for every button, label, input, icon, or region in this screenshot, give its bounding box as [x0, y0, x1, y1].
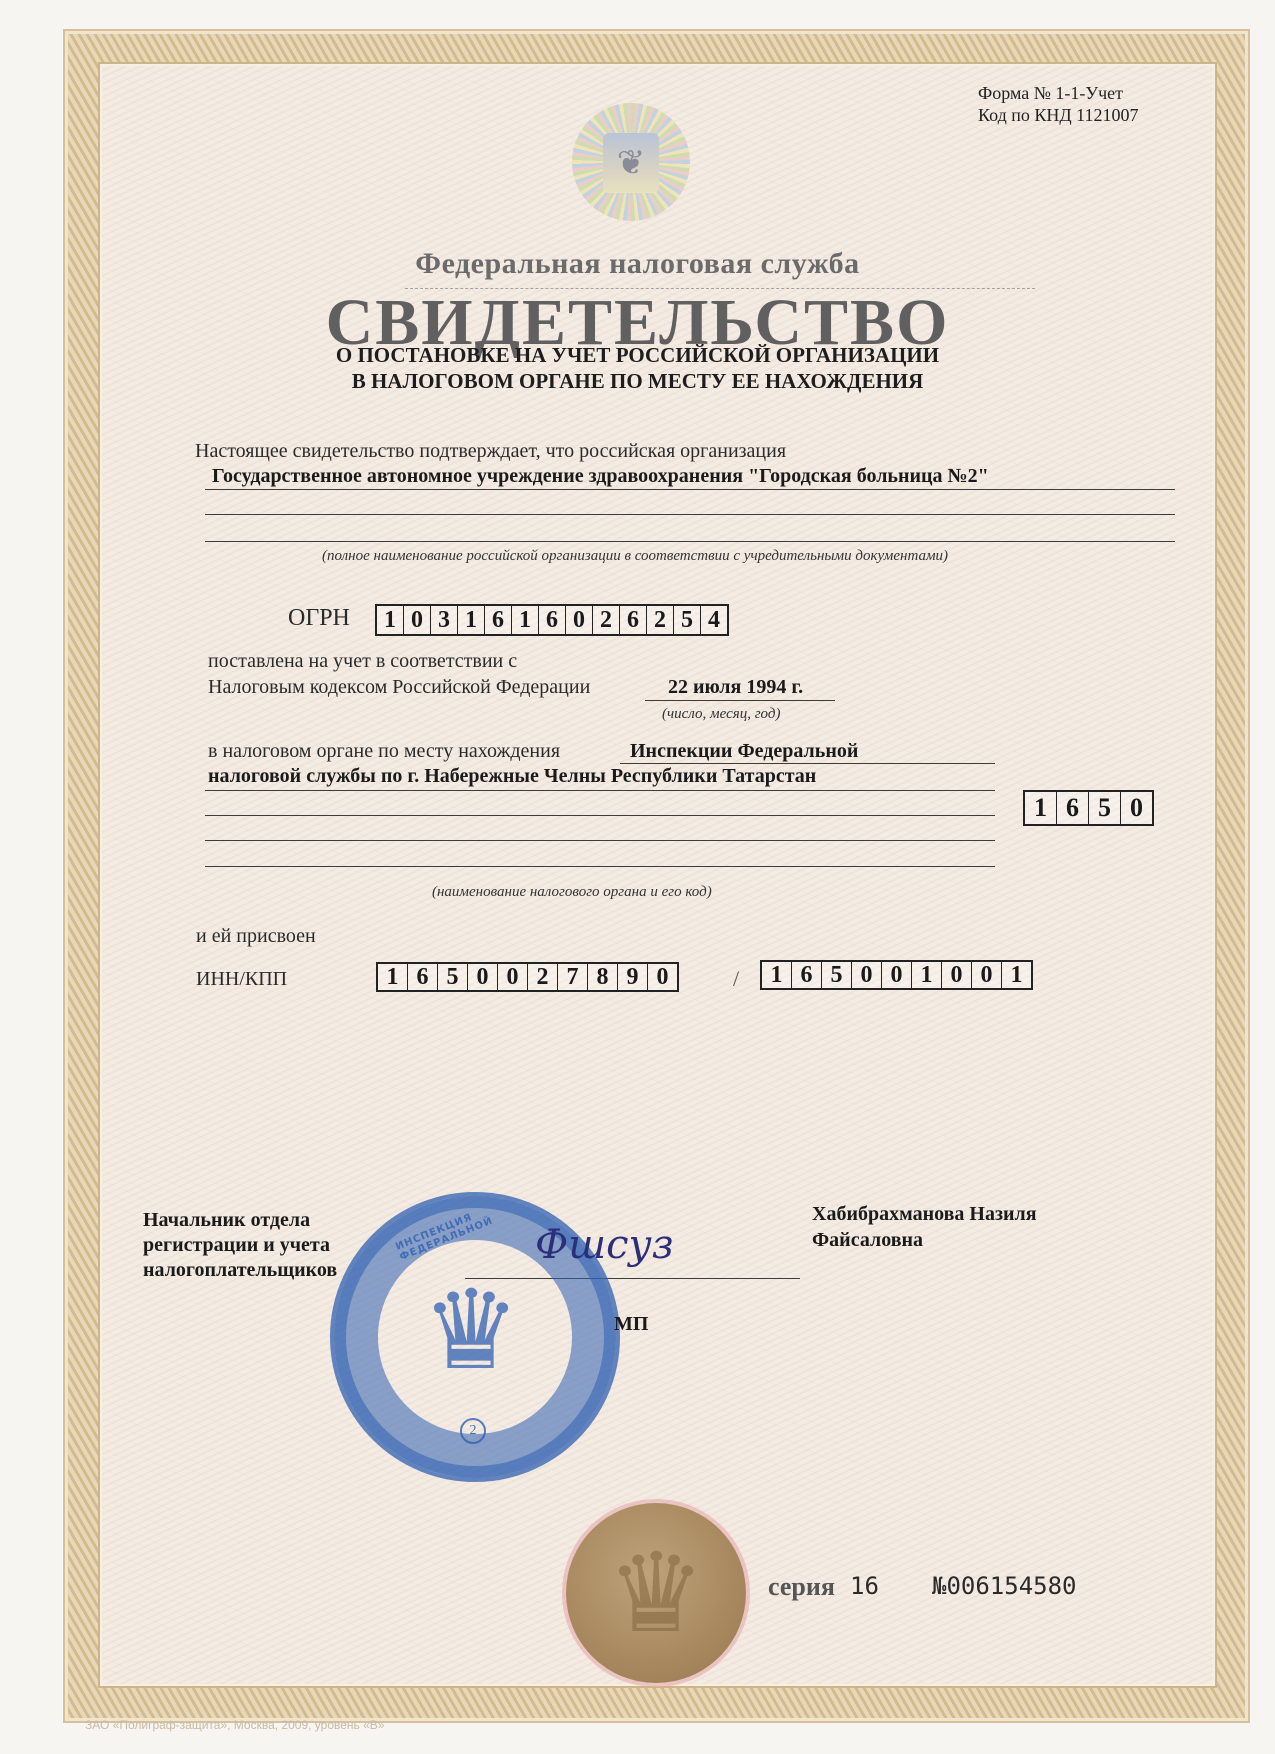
code-digit: 5 — [1089, 792, 1121, 824]
registration-line-2: Налоговым кодексом Российской Федерации — [208, 676, 590, 699]
position-line-3: налогоплательщиков — [143, 1258, 337, 1283]
inn-digit: 7 — [558, 964, 588, 990]
inn-digit: 0 — [468, 964, 498, 990]
kpp-digit: 1 — [912, 962, 942, 988]
kpp-digit: 6 — [792, 962, 822, 988]
tax-authority-name-1: Инспекции Федеральной — [630, 740, 858, 763]
tax-authority-code: 1 6 5 0 — [1023, 790, 1154, 826]
subtitle-line-2: В НАЛОГОВОМ ОРГАНЕ ПО МЕСТУ ЕЕ НАХОЖДЕНИ… — [0, 368, 1275, 394]
organization-intro: Настоящее свидетельство подтверждает, чт… — [195, 440, 786, 463]
ogrn-digit: 6 — [620, 606, 647, 634]
tax-authority-line-3 — [205, 815, 995, 816]
form-identifier: Форма № 1-1-Учет Код по КНД 1121007 — [978, 82, 1139, 126]
organization-name: Государственное автономное учреждение зд… — [212, 465, 989, 488]
code-digit: 0 — [1121, 792, 1152, 824]
embossed-seal-eagle-icon: ♛ — [566, 1503, 746, 1683]
kpp-digit: 0 — [942, 962, 972, 988]
organization-line-3 — [205, 541, 1175, 542]
signatory-name: Хабибрахманова Назиля Файсаловна — [812, 1201, 1037, 1253]
signature: Фшсуз — [535, 1222, 655, 1282]
stamp-number: 2 — [460, 1418, 486, 1444]
stamp-place-label: МП — [614, 1313, 648, 1336]
tax-authority-line-5 — [205, 866, 995, 867]
organization-note: (полное наименование российской организа… — [322, 548, 948, 565]
ogrn-digit: 4 — [701, 606, 727, 634]
inn-kpp-separator: / — [733, 966, 739, 992]
inn-digit: 2 — [528, 964, 558, 990]
kpp-digit: 5 — [822, 962, 852, 988]
tax-authority-name-2: налоговой службы по г. Набережные Челны … — [208, 765, 816, 788]
kpp-digit: 0 — [972, 962, 1002, 988]
assigned-label: и ей присвоен — [196, 925, 316, 948]
tax-authority-intro: в налоговом органе по месту нахождения — [208, 740, 560, 763]
position-line-1: Начальник отдела — [143, 1208, 337, 1233]
inn-digit: 5 — [438, 964, 468, 990]
name-line-1: Хабибрахманова Назиля — [812, 1201, 1037, 1227]
inn-digit: 1 — [378, 964, 408, 990]
date-underline — [645, 700, 835, 701]
certificate-subtitle: О ПОСТАНОВКЕ НА УЧЕТ РОССИЙСКОЙ ОРГАНИЗА… — [0, 342, 1275, 394]
ogrn-digit: 1 — [512, 606, 539, 634]
ogrn-digit: 2 — [593, 606, 620, 634]
kpp-digit: 1 — [762, 962, 792, 988]
name-line-2: Файсаловна — [812, 1227, 1037, 1253]
agency-name: Федеральная налоговая служба — [0, 247, 1275, 281]
printer-imprint: ЗАО «Полиграф-защита», Москва, 2009, уро… — [85, 1718, 384, 1732]
tax-authority-line-1 — [620, 763, 995, 764]
inn-digit: 0 — [498, 964, 528, 990]
inn-digit: 8 — [588, 964, 618, 990]
signatory-position: Начальник отдела регистрации и учета нал… — [143, 1208, 337, 1283]
tax-authority-line-2 — [205, 790, 995, 791]
form-number: Форма № 1-1-Учет — [978, 82, 1139, 104]
serial-label: серия — [768, 1572, 835, 1602]
organization-line-1 — [205, 489, 1175, 490]
kpp-digit: 0 — [882, 962, 912, 988]
tax-authority-note: (наименование налогового органа и его ко… — [432, 884, 712, 901]
position-line-2: регистрации и учета — [143, 1233, 337, 1258]
serial-number: №006154580 — [932, 1572, 1077, 1600]
inn-kpp-label: ИНН/КПП — [196, 968, 287, 991]
code-digit: 6 — [1057, 792, 1089, 824]
kpp-digit: 0 — [852, 962, 882, 988]
ogrn-digit: 0 — [566, 606, 593, 634]
inn-value: 1 6 5 0 0 2 7 8 9 0 — [376, 962, 679, 992]
kpp-digit: 1 — [1002, 962, 1031, 988]
registration-line-1: поставлена на учет в соответствии с — [208, 650, 517, 673]
inn-digit: 9 — [618, 964, 648, 990]
ogrn-digit: 1 — [458, 606, 485, 634]
eagle-emblem-icon: ❦ — [603, 133, 659, 193]
date-note: (число, месяц, год) — [662, 706, 780, 723]
inn-digit: 6 — [408, 964, 438, 990]
knd-code: Код по КНД 1121007 — [978, 104, 1139, 126]
ogrn-digit: 1 — [377, 606, 404, 634]
ogrn-digit: 5 — [674, 606, 701, 634]
ogrn-value: 1 0 3 1 6 1 6 0 2 6 2 5 4 — [375, 604, 729, 636]
ogrn-label: ОГРН — [288, 605, 350, 632]
subtitle-line-1: О ПОСТАНОВКЕ НА УЧЕТ РОССИЙСКОЙ ОРГАНИЗА… — [0, 342, 1275, 368]
tax-authority-line-4 — [205, 840, 995, 841]
organization-line-2 — [205, 514, 1175, 515]
ogrn-digit: 2 — [647, 606, 674, 634]
ogrn-digit: 0 — [404, 606, 431, 634]
ogrn-digit: 6 — [485, 606, 512, 634]
ogrn-digit: 6 — [539, 606, 566, 634]
inn-digit: 0 — [648, 964, 677, 990]
ogrn-digit: 3 — [431, 606, 458, 634]
serial-series: 16 — [850, 1572, 879, 1600]
code-digit: 1 — [1025, 792, 1057, 824]
registration-date: 22 июля 1994 г. — [668, 676, 803, 699]
kpp-value: 1 6 5 0 0 1 0 0 1 — [760, 960, 1033, 990]
stamp-eagle-icon: ♛ — [405, 1245, 537, 1415]
